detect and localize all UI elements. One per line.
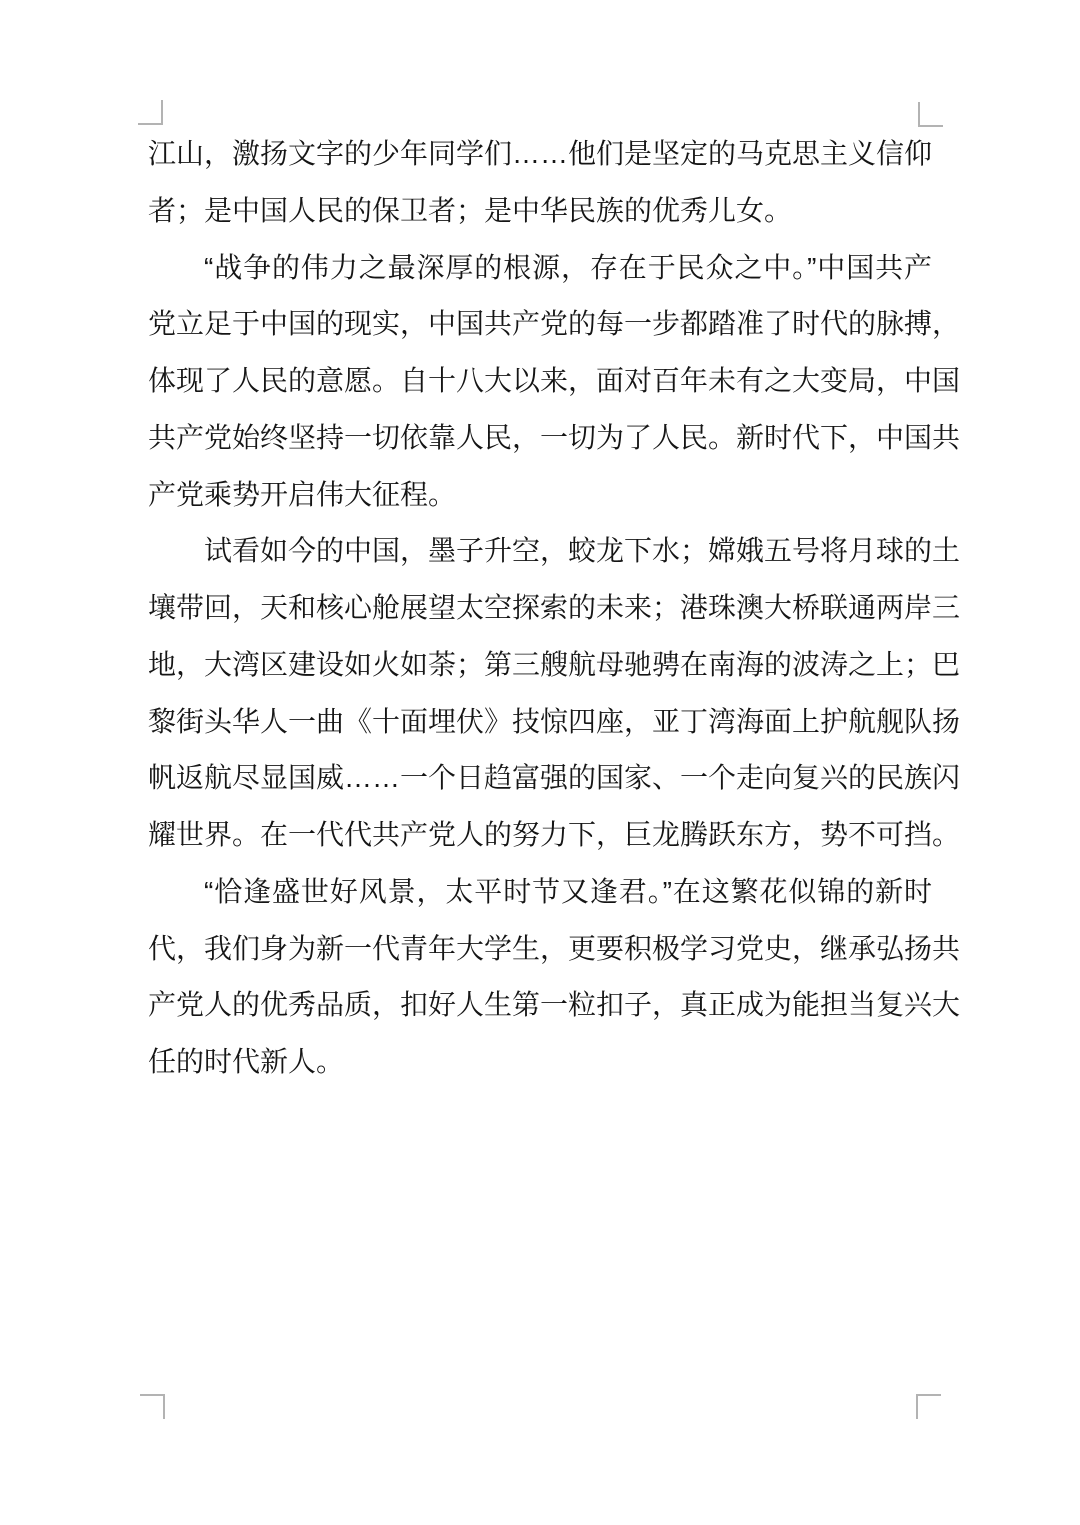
text-line: 黎街头华人一曲《十面埋伏》技惊四座，亚丁湾海面上护航舰队扬 bbox=[148, 694, 932, 751]
paragraph: 江山，激扬文字的少年同学们……他们是坚定的马克思主义信仰 者；是中国人民的保卫者… bbox=[148, 126, 932, 240]
margin-crop-mark-bottom-right bbox=[916, 1394, 941, 1419]
text-line: 产党人的优秀品质，扣好人生第一粒扣子，真正成为能担当复兴大 bbox=[148, 977, 932, 1034]
margin-crop-mark-bottom-left bbox=[140, 1394, 165, 1419]
margin-crop-mark-top-right bbox=[918, 102, 943, 127]
text-line: 体现了人民的意愿。自十八大以来，面对百年未有之大变局，中国 bbox=[148, 353, 932, 410]
text-line: 党立足于中国的现实，中国共产党的每一步都踏准了时代的脉搏， bbox=[148, 296, 932, 353]
margin-crop-mark-top-left bbox=[138, 100, 163, 125]
text-line: 壤带回，天和核心舱展望太空探索的未来；港珠澳大桥联通两岸三 bbox=[148, 580, 932, 637]
text-line: 任的时代新人。 bbox=[148, 1034, 932, 1091]
text-line: 产党乘势开启伟大征程。 bbox=[148, 467, 932, 524]
text-line: 试看如今的中国，墨子升空，蛟龙下水；嫦娥五号将月球的土 bbox=[148, 523, 932, 580]
text-line: 江山，激扬文字的少年同学们……他们是坚定的马克思主义信仰 bbox=[148, 126, 932, 183]
text-line: 者；是中国人民的保卫者；是中华民族的优秀儿女。 bbox=[148, 183, 932, 240]
paragraph: 试看如今的中国，墨子升空，蛟龙下水；嫦娥五号将月球的土 壤带回，天和核心舱展望太… bbox=[148, 523, 932, 864]
text-line: 地，大湾区建设如火如荼；第三艘航母驰骋在南海的波涛之上；巴 bbox=[148, 637, 932, 694]
paragraph: “战争的伟力之最深厚的根源，存在于民众之中。”中国共产 党立足于中国的现实，中国… bbox=[148, 240, 932, 524]
text-line: 代，我们身为新一代青年大学生，更要积极学习党史，继承弘扬共 bbox=[148, 921, 932, 978]
document-body-text: 江山，激扬文字的少年同学们……他们是坚定的马克思主义信仰 者；是中国人民的保卫者… bbox=[148, 126, 932, 1091]
text-line: “恰逢盛世好风景，太平时节又逢君。”在这繁花似锦的新时 bbox=[148, 864, 932, 921]
document-page: 江山，激扬文字的少年同学们……他们是坚定的马克思主义信仰 者；是中国人民的保卫者… bbox=[0, 0, 1080, 1525]
text-line: 耀世界。在一代代共产党人的努力下，巨龙腾跃东方，势不可挡。 bbox=[148, 807, 932, 864]
text-line: 帆返航尽显国威……一个日趋富强的国家、一个走向复兴的民族闪 bbox=[148, 750, 932, 807]
paragraph: “恰逢盛世好风景，太平时节又逢君。”在这繁花似锦的新时 代，我们身为新一代青年大… bbox=[148, 864, 932, 1091]
text-line: 共产党始终坚持一切依靠人民，一切为了人民。新时代下，中国共 bbox=[148, 410, 932, 467]
text-line: “战争的伟力之最深厚的根源，存在于民众之中。”中国共产 bbox=[148, 240, 932, 297]
